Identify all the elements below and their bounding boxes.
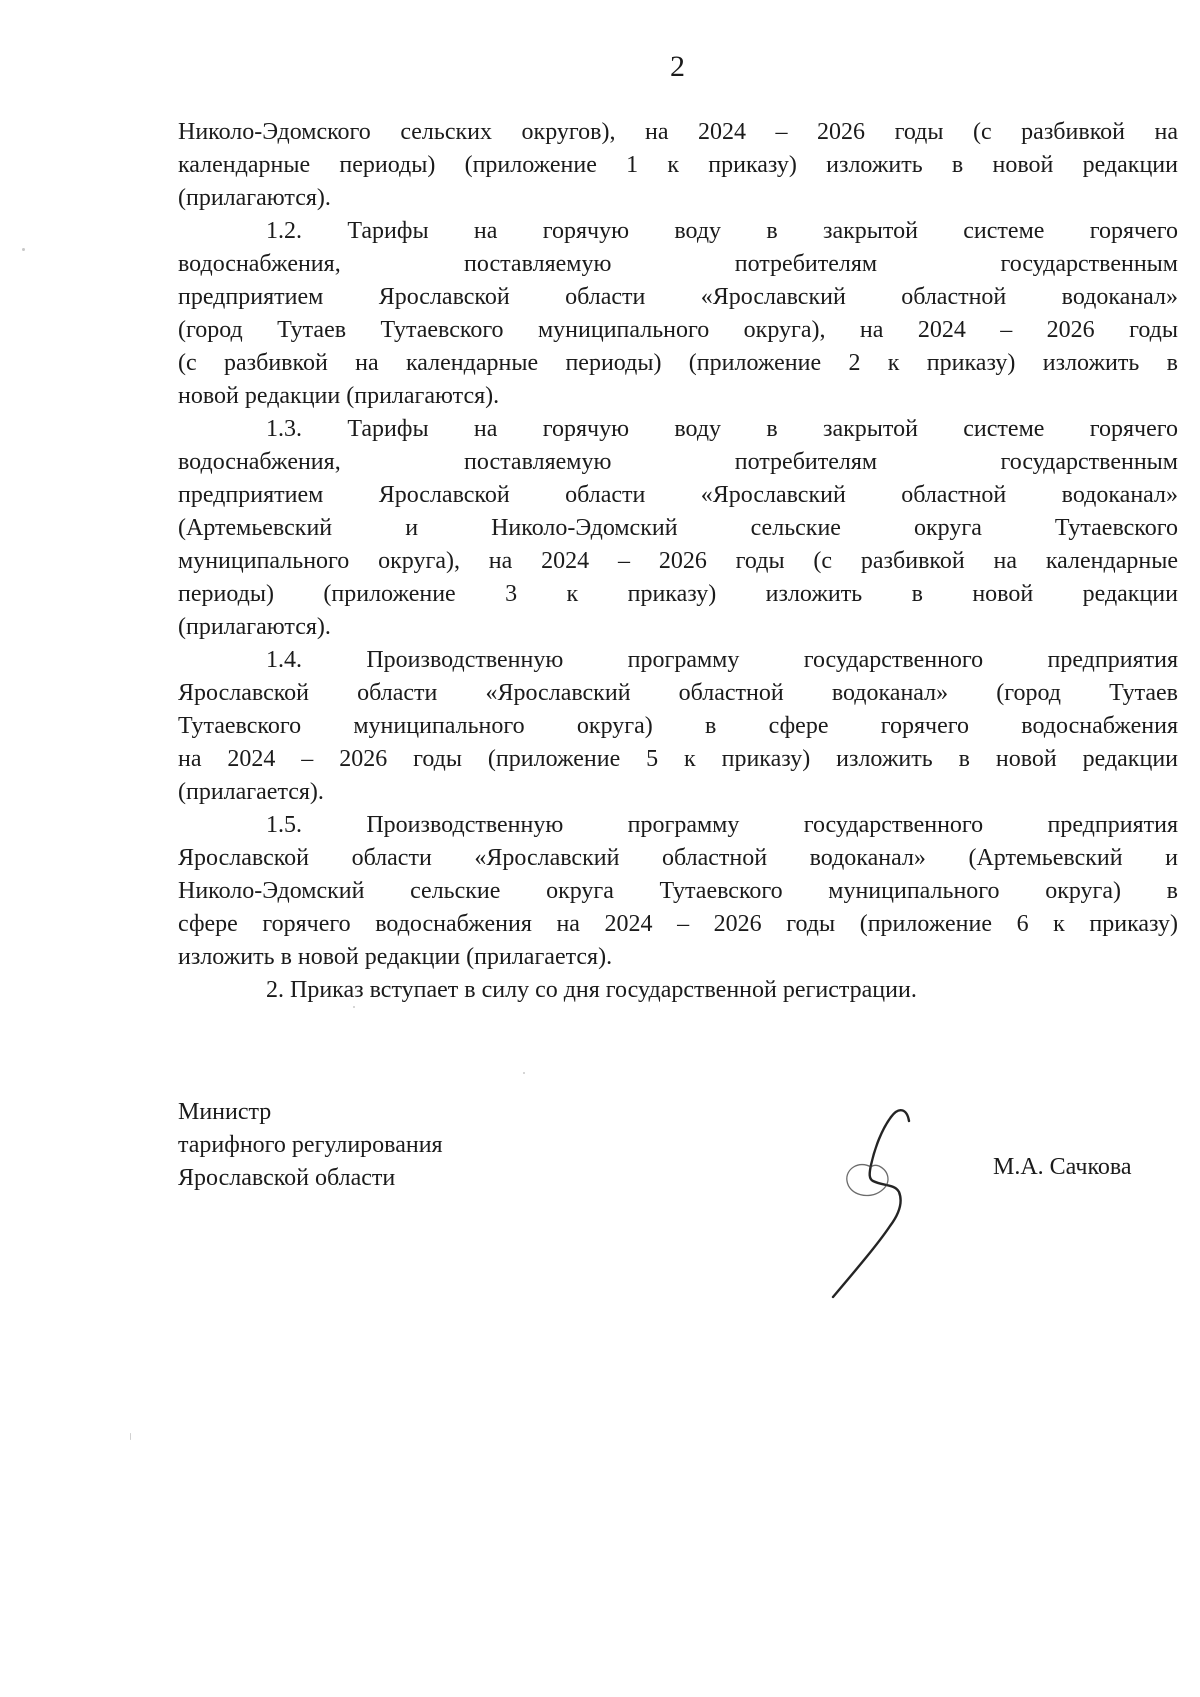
text-line: муниципального округа), на 2024 – 2026 г… [178, 545, 1178, 578]
text-line: (город Тутаев Тутаевского муниципального… [178, 314, 1178, 347]
text-line: календарные периоды) (приложение 1 к при… [178, 149, 1178, 182]
text-line: водоснабжения, поставляемую потребителям… [178, 446, 1178, 479]
signature-block: Министр тарифного регулирования Ярославс… [178, 1096, 443, 1195]
text-line: 1.2. Тарифы на горячую воду в закрытой с… [178, 215, 1178, 248]
text-line: 2. Приказ вступает в силу со дня государ… [178, 974, 1178, 1007]
text-line: сфере горячего водоснабжения на 2024 – 2… [178, 908, 1178, 941]
signee-position-line: тарифного регулирования [178, 1129, 443, 1162]
signee-position-line: Министр [178, 1096, 443, 1129]
paragraph: 2. Приказ вступает в силу со дня государ… [178, 974, 1178, 1007]
scan-speck [130, 1433, 131, 1440]
paragraph: 1.3. Тарифы на горячую воду в закрытой с… [178, 413, 1178, 644]
text-line: (прилагается). [178, 776, 1178, 809]
text-line: Ярославской области «Ярославский областн… [178, 677, 1178, 710]
text-line: 1.3. Тарифы на горячую воду в закрытой с… [178, 413, 1178, 446]
text-line: периоды) (приложение 3 к приказу) изложи… [178, 578, 1178, 611]
text-line: (прилагаются). [178, 182, 1178, 215]
text-line: 1.4. Производственную программу государс… [178, 644, 1178, 677]
text-line: (Артемьевский и Николо-Эдомский сельские… [178, 512, 1178, 545]
text-line: Тутаевского муниципального округа) в сфе… [178, 710, 1178, 743]
text-line: изложить в новой редакции (прилагается). [178, 941, 1178, 974]
page-number: 2 [178, 50, 1178, 84]
document-page: 2 Николо-Эдомского сельских округов), на… [0, 0, 1200, 1697]
text-line: Николо-Эдомского сельских округов), на 2… [178, 116, 1178, 149]
text-line: водоснабжения, поставляемую потребителям… [178, 248, 1178, 281]
text-line: предприятием Ярославской области «Яросла… [178, 281, 1178, 314]
scan-speck [353, 1006, 355, 1008]
text-line: на 2024 – 2026 годы (приложение 5 к прик… [178, 743, 1178, 776]
paragraph: 1.5. Производственную программу государс… [178, 809, 1178, 974]
scan-speck [22, 248, 25, 251]
signee-name: М.А. Сачкова [993, 1151, 1132, 1184]
text-line: предприятием Ярославской области «Яросла… [178, 479, 1178, 512]
paragraph: 1.2. Тарифы на горячую воду в закрытой с… [178, 215, 1178, 413]
text-line: (прилагаются). [178, 611, 1178, 644]
text-line: 1.5. Производственную программу государс… [178, 809, 1178, 842]
document-body: Николо-Эдомского сельских округов), на 2… [178, 116, 1178, 1007]
scan-speck [523, 1072, 525, 1074]
text-line: (с разбивкой на календарные периоды) (пр… [178, 347, 1178, 380]
paragraph: 1.4. Производственную программу государс… [178, 644, 1178, 809]
text-line: новой редакции (прилагаются). [178, 380, 1178, 413]
text-line: Ярославской области «Ярославский областн… [178, 842, 1178, 875]
signee-position-line: Ярославской области [178, 1162, 443, 1195]
handwritten-signature-icon [795, 1095, 935, 1310]
paragraph: Николо-Эдомского сельских округов), на 2… [178, 116, 1178, 215]
text-line: Николо-Эдомский сельские округа Тутаевск… [178, 875, 1178, 908]
